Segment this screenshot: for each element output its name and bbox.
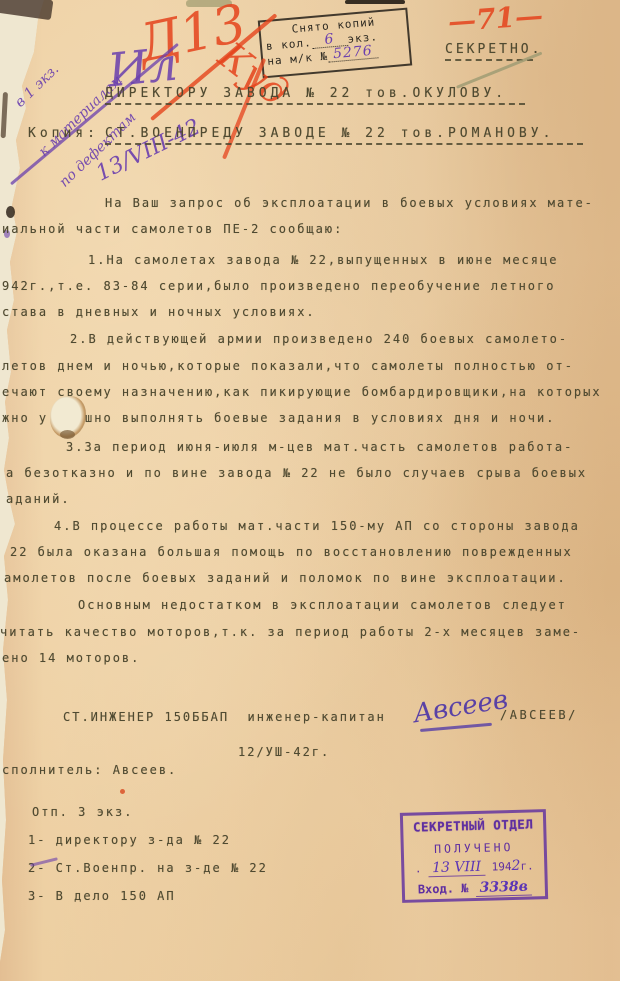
received-date-handwritten: 13 VIII — [428, 859, 485, 877]
torn-corner-fragment — [0, 0, 53, 20]
body-line: иальной части самолетов ПЕ-2 сообщаю: — [2, 222, 343, 236]
body-line: аданий. — [6, 492, 71, 506]
distribution-line: 2- Ст.Военпр. на з-де № 22 — [28, 861, 268, 875]
dashed-underline — [105, 143, 583, 145]
body-line: На Ваш запрос об эксплоатации в боевых у… — [105, 196, 594, 210]
body-line: 22 была оказана большая помощь по восста… — [10, 545, 573, 559]
received-year-printed: 194 — [492, 860, 512, 874]
body-line: Основным недостатком в эксплоатации само… — [78, 598, 567, 612]
edge-shadow — [1, 92, 8, 138]
copies-line: Отп. 3 экз. — [32, 805, 133, 819]
distribution-line: 1- директору з-да № 22 — [28, 833, 231, 847]
dashed-underline — [105, 103, 525, 105]
body-line: читать качество моторов,т.к. за период р… — [0, 625, 581, 639]
received-year-suffix: г. — [520, 859, 534, 872]
received-number-label: Вход. № — [418, 881, 469, 896]
stamp-mk-value-handwritten: 5276 — [332, 43, 373, 62]
secret-classification-label: СЕКРЕТНО. — [445, 42, 542, 57]
handwritten-page-number: —71— — [447, 0, 544, 38]
body-line: 2.В действующей армии произведено 240 бо… — [70, 332, 568, 346]
body-line: 4.В процессе работы мат.части 150-му АП … — [54, 519, 580, 533]
signature-date: 12/УШ-42г. — [238, 745, 330, 759]
scanned-document-page: —71— СЕКРЕТНО. Снято копий в кол. 6 экз.… — [0, 0, 620, 981]
red-speck — [120, 789, 125, 794]
executor-line: сполнитель: Авсеев. — [2, 763, 177, 777]
top-edge-tear — [345, 0, 405, 4]
body-line: ено 14 моторов. — [2, 651, 140, 665]
received-number-handwritten: 3338в — [475, 879, 532, 897]
body-line: амолетов после боевых заданий и поломок … — [4, 571, 567, 585]
signature-position-line: СТ.ИНЖЕНЕР 150ББАП инженер-капитан — [63, 710, 386, 724]
paper-hole-small — [6, 206, 15, 218]
received-stamp: СЕКРЕТНЫЙ ОТДЕЛ ПОЛУЧЕНО . 13 VIII 1942г… — [400, 809, 548, 903]
addressee-copy: СТ.ВОЕНПРЕДУ ЗАВОДЕ № 22 тов.РОМАНОВУ. — [105, 126, 554, 141]
body-line: 1.На самолетах завода № 22,выпущенных в … — [88, 253, 558, 267]
body-line: 3.За период июня-июля м-цев мат.часть са… — [66, 440, 573, 454]
signature-typed-name: /АВСЕЕВ/ — [500, 708, 578, 722]
received-stamp-label: ПОЛУЧЕНО — [404, 839, 544, 857]
hole-shadow — [60, 430, 75, 439]
body-line: 942г.,т.е. 83-84 серии,было произведено … — [2, 279, 555, 293]
body-line: ечают своему назначению,как пикирующие б… — [2, 385, 602, 399]
distribution-line: 3- В дело 150 АП — [28, 889, 176, 903]
received-stamp-title: СЕКРЕТНЫЙ ОТДЕЛ — [403, 816, 543, 835]
body-line: жно у шно выполнять боевые задания в усл… — [2, 411, 555, 425]
copy-label: Копия: — [28, 126, 99, 141]
received-stamp-number-row: Вход. № 3338в — [405, 878, 545, 898]
body-line: става в дневных и ночных условиях. — [2, 305, 316, 319]
addressee-primary: ДИРЕКТОРУ ЗАВОДА № 22 тов.ОКУЛОВУ. — [105, 86, 507, 101]
body-line: летов днем и ночью,которые показали,что … — [2, 359, 574, 373]
received-stamp-date-row: . 13 VIII 1942г. — [404, 857, 544, 877]
body-line: а безотказно и по вине завода № 22 не бы… — [6, 466, 587, 480]
